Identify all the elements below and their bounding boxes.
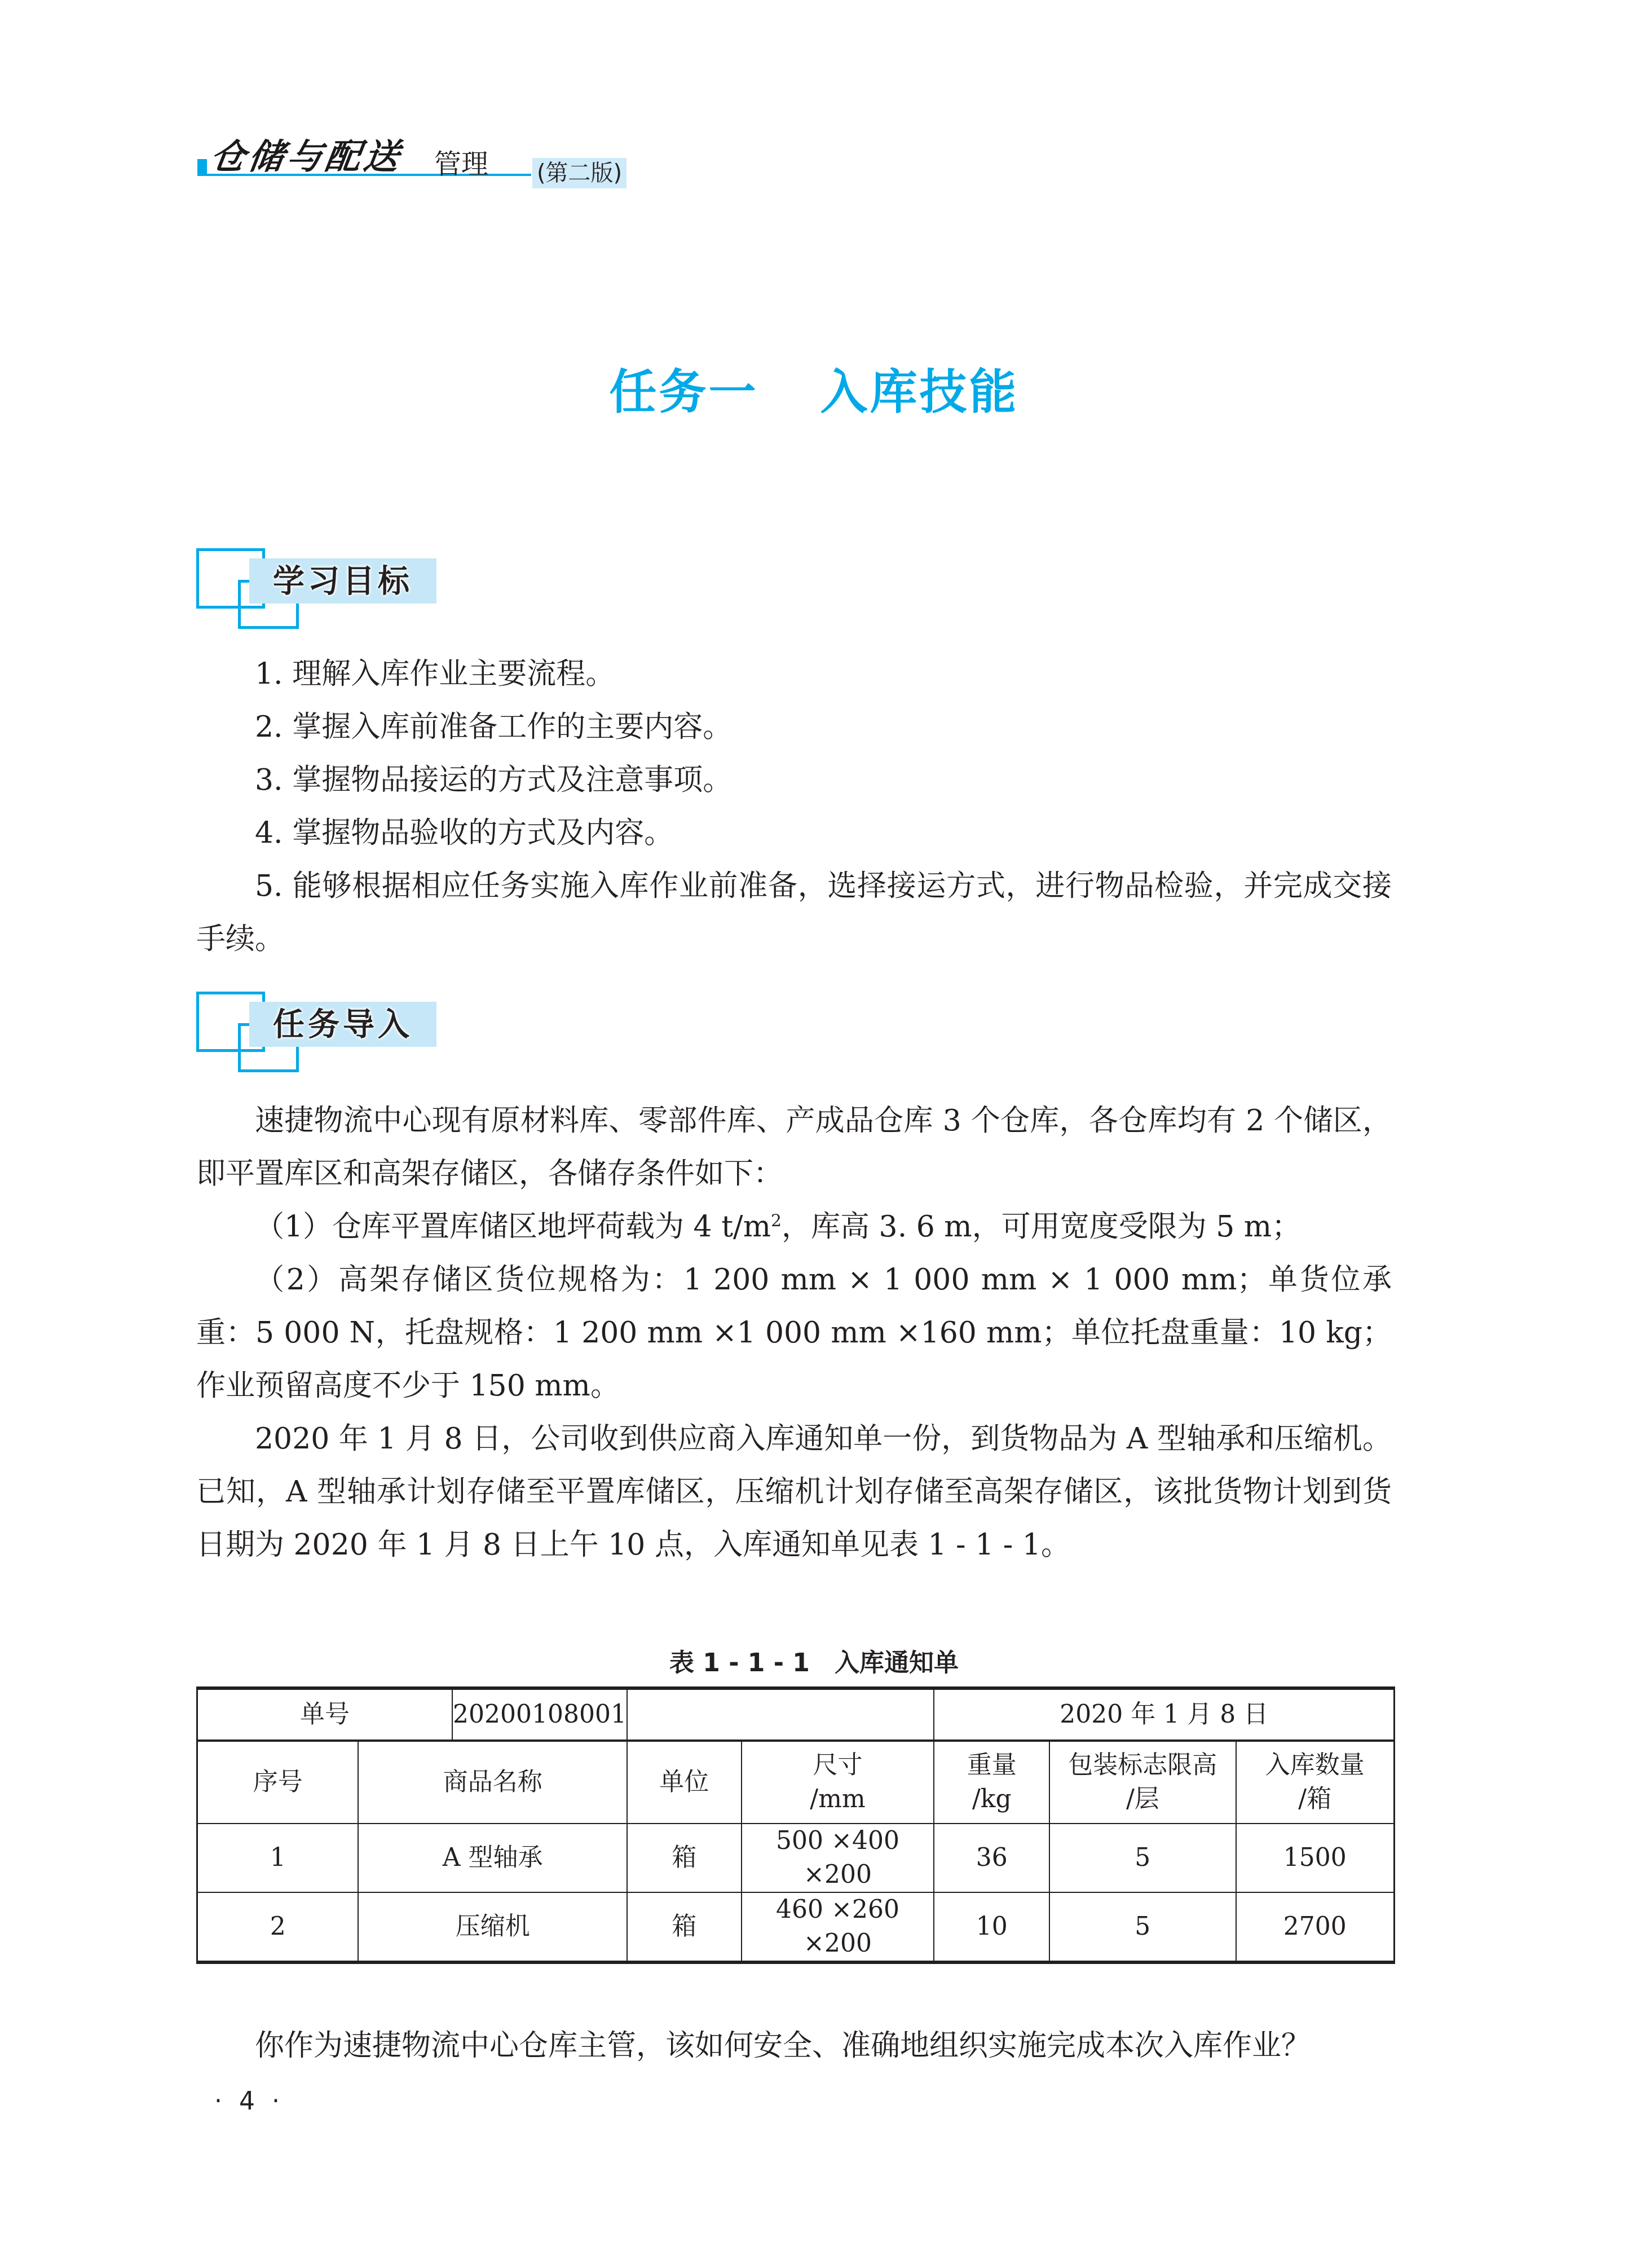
edition-badge: (第二版) <box>532 158 627 188</box>
book-title-calligraphy: 仓储与配送 <box>208 129 407 179</box>
order-no-label: 单号 <box>198 1690 453 1739</box>
objective-item: 1. 理解入库作业主要流程。 <box>196 648 1392 701</box>
task-name: 入库技能 <box>820 364 1019 420</box>
page-number: · 4 · <box>214 2087 284 2116</box>
column-header: 尺寸/mm <box>742 1741 934 1824</box>
book-title-suffix: 管理 <box>434 142 488 181</box>
column-header: 重量/kg <box>934 1741 1049 1824</box>
column-header: 商品名称 <box>358 1741 627 1824</box>
section-heading-objectives: 学习目标 <box>186 543 468 633</box>
task-number: 任务一 <box>609 364 758 420</box>
table-row-header-info: 单号 20200108001 2020 年 1 月 8 日 <box>197 1688 1395 1741</box>
inbound-time-value: 2020 年 1 月 8 日 <box>934 1688 1394 1741</box>
header-accent-block <box>197 159 207 176</box>
task-title: 任务一入库技能 <box>0 354 1628 422</box>
objective-item: 5. 能够根据相应任务实施入库作业前准备，选择接运方式，进行物品检验，并完成交接… <box>196 860 1392 966</box>
table-row: 2 压缩机 箱 460 ×260 ×200 10 5 2700 <box>197 1892 1395 1962</box>
column-header: 入库数量/箱 <box>1236 1741 1395 1824</box>
intro-paragraph: 2020 年 1 月 8 日，公司收到供应商入库通知单一份，到货物品为 A 型轴… <box>196 1412 1392 1571</box>
table-caption: 表 1 - 1 - 1 入库通知单 <box>0 1642 1628 1679</box>
intro-paragraph: 速捷物流中心现有原材料库、零部件库、产成品仓库 3 个仓库，各仓库均有 2 个储… <box>196 1094 1392 1200</box>
order-no-value: 20200108001 <box>453 1690 627 1739</box>
column-header: 包装标志限高/层 <box>1049 1741 1236 1824</box>
section-heading-label: 任务导入 <box>249 1002 436 1047</box>
condition-1: （1）仓库平置库储区地坪荷载为 4 t/m2，库高 3. 6 m，可用宽度受限为… <box>196 1200 1392 1253</box>
running-header: 仓储与配送 管理 (第二版) <box>197 129 648 185</box>
objective-item: 2. 掌握入库前准备工作的主要内容。 <box>196 701 1392 754</box>
task-question: 你作为速捷物流中心仓库主管，该如何安全、准确地组织实施完成本次入库作业？ <box>255 2022 1311 2064</box>
section-heading-label: 学习目标 <box>249 558 436 604</box>
objective-item: 3. 掌握物品接运的方式及注意事项。 <box>196 754 1392 807</box>
section-heading-introduction: 任务导入 <box>186 986 468 1076</box>
introduction-text: 速捷物流中心现有原材料库、零部件库、产成品仓库 3 个仓库，各仓库均有 2 个储… <box>196 1094 1392 1571</box>
column-header: 序号 <box>197 1741 359 1824</box>
table-row: 1 A 型轴承 箱 500 ×400 ×200 36 5 1500 <box>197 1824 1395 1892</box>
objective-item: 4. 掌握物品验收的方式及内容。 <box>196 807 1392 860</box>
column-header: 单位 <box>627 1741 742 1824</box>
objectives-list: 1. 理解入库作业主要流程。 2. 掌握入库前准备工作的主要内容。 3. 掌握物… <box>196 648 1392 966</box>
condition-2: （2）高架存储区货位规格为：1 200 mm × 1 000 mm × 1 00… <box>196 1253 1392 1412</box>
table-column-headers: 序号 商品名称 单位 尺寸/mm 重量/kg 包装标志限高/层 入库数量/箱 <box>197 1741 1395 1824</box>
inbound-notice-table: 单号 20200108001 2020 年 1 月 8 日 序号 商品名称 单位… <box>196 1686 1395 1964</box>
